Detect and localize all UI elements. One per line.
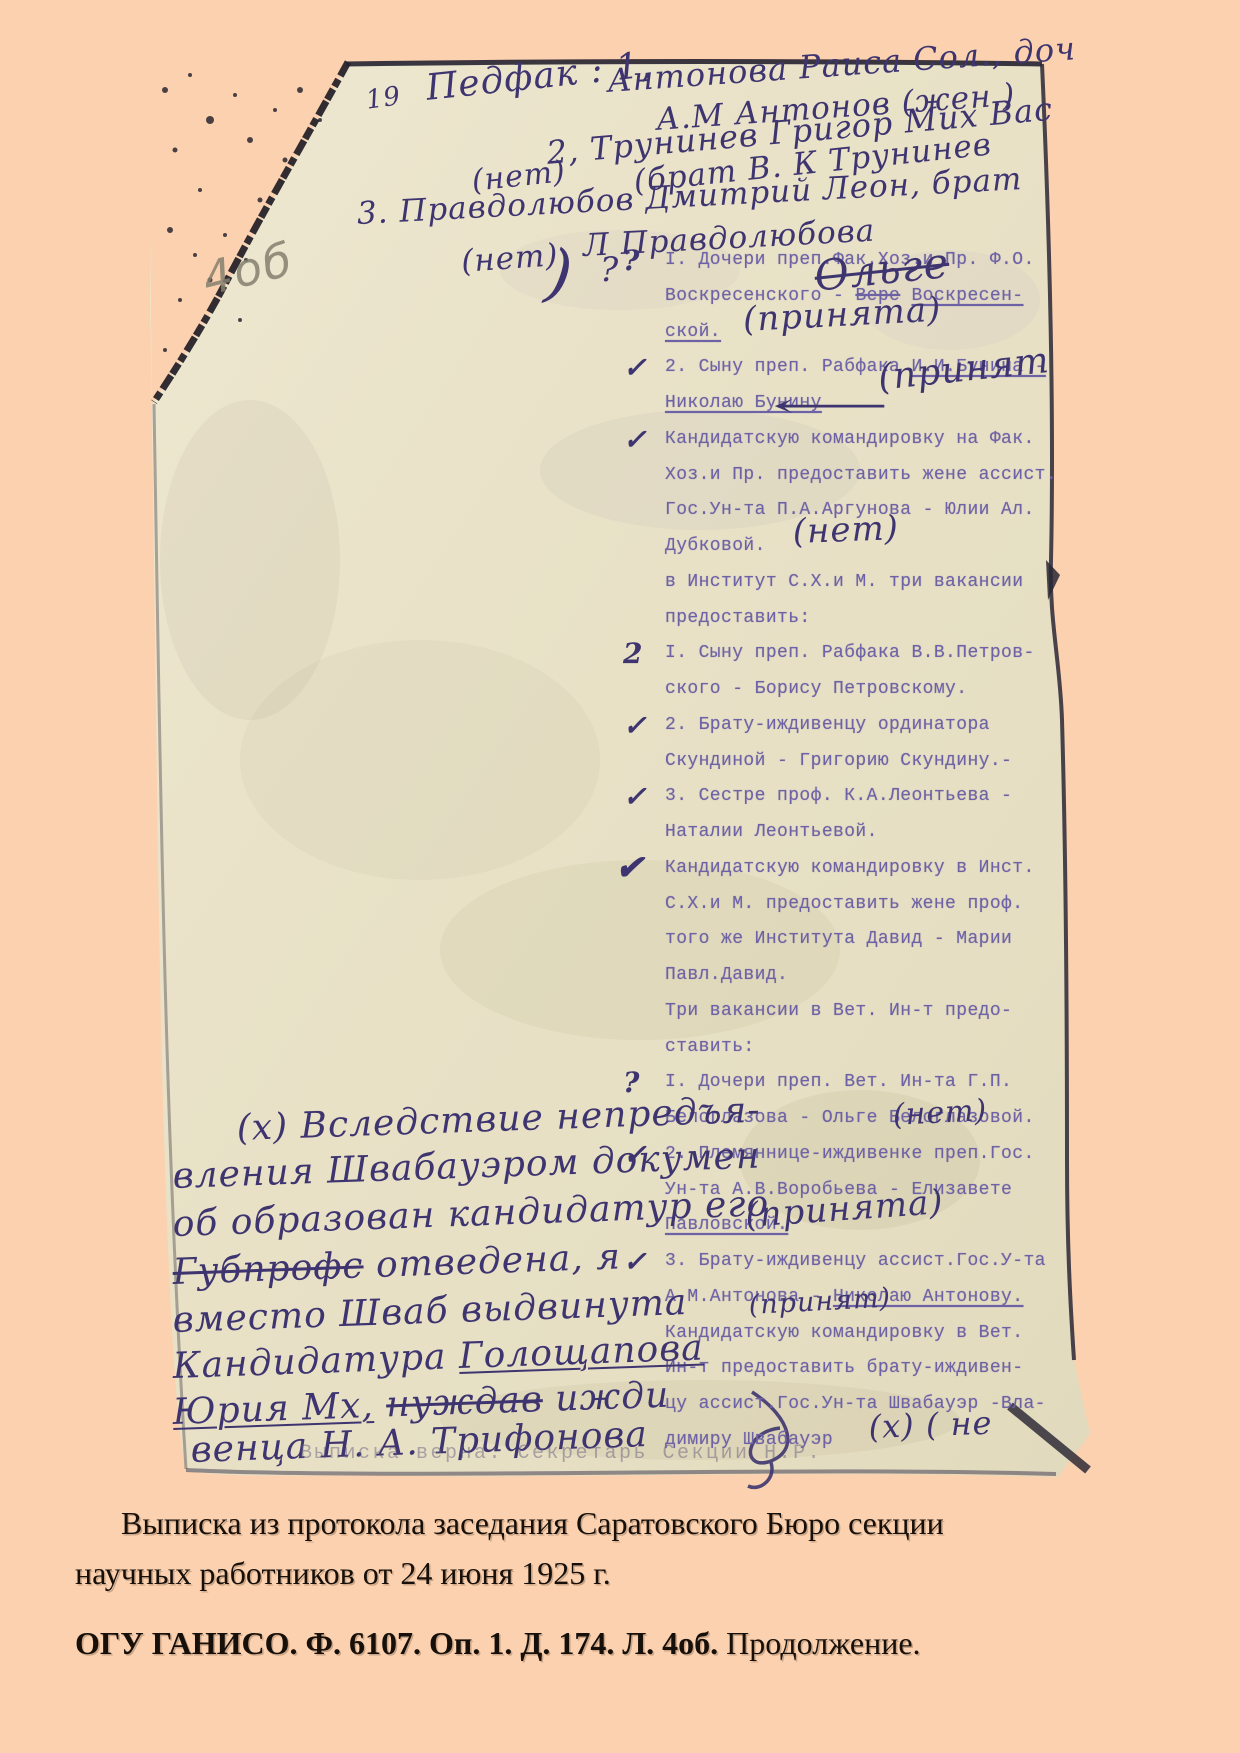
archive-citation: ОГУ ГАНИСО. Ф. 6107. Оп. 1. Д. 174. Л. 4…	[75, 1620, 1185, 1666]
caption-line-2: научных работников от 24 июня 1925 г.	[75, 1548, 1185, 1598]
caption-text: Выписка из протокола заседания Саратовск…	[75, 1498, 1185, 1598]
caption: Выписка из протокола заседания Саратовск…	[75, 1498, 1185, 1666]
text-segment: отведена, я	[363, 1236, 622, 1286]
text-segment: ижди	[542, 1375, 670, 1420]
citation-bold: ОГУ ГАНИСО. Ф. 6107. Оп. 1. Д. 174. Л. 4…	[75, 1625, 718, 1661]
certification-line: Выписка верна: Секретарь Секции Н.Р.	[300, 1442, 822, 1465]
handwritten-note-layer: (х) Вследствие непредъя-вления Швабауэро…	[0, 0, 1240, 1753]
screenshot-root: 4об 19Педфак : 1,Антонова Раиса Сол., до…	[0, 0, 1240, 1753]
text-segment: Губпрофс	[172, 1245, 364, 1293]
caption-line-1: Выписка из протокола заседания Саратовск…	[75, 1498, 1185, 1548]
text-segment: Кандидатура	[172, 1336, 460, 1387]
document-scan: 4об 19Педфак : 1,Антонова Раиса Сол., до…	[0, 0, 1240, 1753]
citation-rest: Продолжение.	[718, 1625, 920, 1661]
handwritten-note-line: Губпрофс отведена, я	[172, 1236, 622, 1293]
text-segment: Голощапова	[458, 1327, 704, 1377]
